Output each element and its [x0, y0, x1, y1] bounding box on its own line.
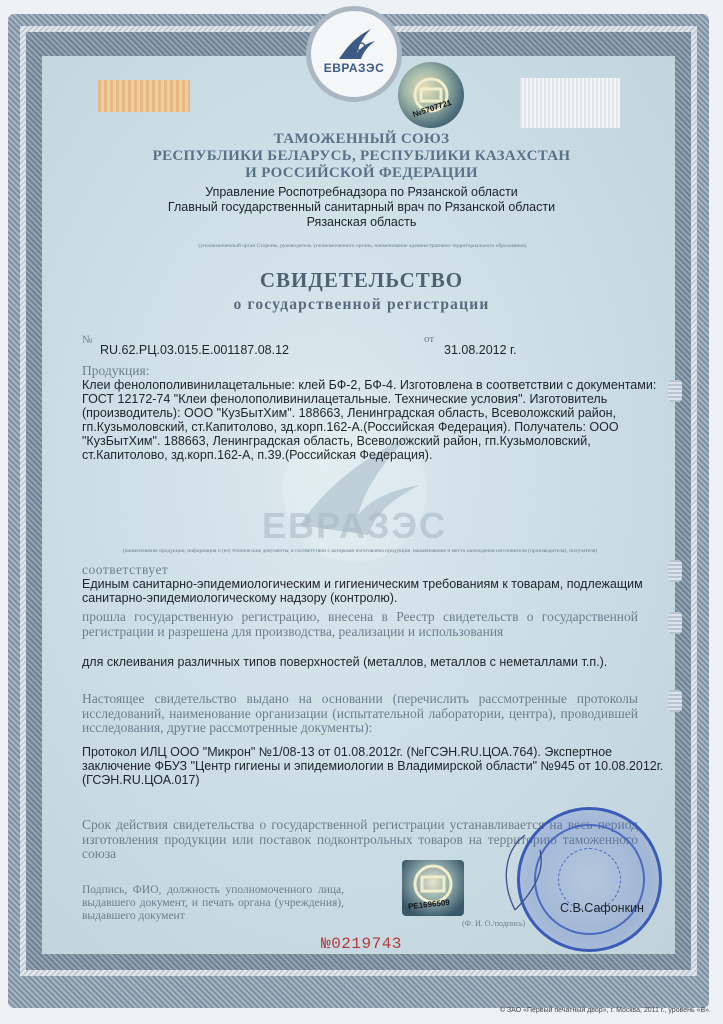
basis-line: (ГСЭН.RU.ЦОА.017) [82, 773, 200, 787]
union-heading-line: ТАМОЖЕННЫЙ СОЮЗ [0, 131, 723, 148]
product-caption: (наименование продукции, информация о (е… [75, 548, 645, 554]
security-patch-left [98, 80, 190, 112]
basis-line: заключение ФБУЗ "Центр гигиены и эпидеми… [82, 759, 663, 773]
union-heading-line: РЕСПУБЛИКИ БЕЛАРУСЬ, РЕСПУБЛИКИ КАЗАХСТА… [0, 148, 723, 165]
product-line: Клеи фенолополивинилацетальные: клей БФ-… [82, 378, 656, 392]
number-label: № [82, 334, 93, 346]
side-tab [668, 560, 682, 582]
product-line: ГОСТ 12172-74 "Клеи фенолополивинилацета… [82, 392, 607, 406]
product-line: (производитель): ООО "КузБытХим". 188663… [82, 406, 616, 420]
registration-number: RU.62.РЦ.03.015.Е.001187.08.12 [100, 343, 289, 357]
signatory-name: С.В.Сафонкин [560, 901, 644, 915]
registry-statement: прошла государственную регистрацию, внес… [82, 610, 638, 639]
product-line: ст.Капитолово, зд.корп.162-А, п.39.(Росс… [82, 448, 432, 462]
security-patch-right [520, 78, 620, 128]
watermark-label: ЕВРАЗЭС [262, 505, 447, 547]
signature-scribble-icon [495, 830, 555, 920]
hologram-top: №5707721 [398, 62, 464, 128]
conformity-line: санитарно-эпидемиологическому надзору (к… [82, 591, 397, 605]
emblem-label: ЕВРАЗЭС [324, 61, 385, 75]
side-tab [668, 380, 682, 402]
printer-imprint: © ЗАО «Первый печатный двор», г. Москва,… [500, 1007, 711, 1014]
registration-date: 31.08.2012 г. [444, 343, 517, 357]
side-tab [668, 612, 682, 634]
date-label: от [424, 333, 434, 345]
form-serial-number: №0219743 [0, 935, 723, 953]
product-label: Продукция: [82, 363, 149, 379]
product-line: гп.Кузьмоловский, ст.Капитолово, зд.корп… [82, 420, 619, 434]
authority-line: Рязанская область [0, 215, 723, 230]
basis-statement: Настоящее свидетельство выдано на основа… [82, 692, 638, 736]
signatory-caption: (Ф. И. О./подпись) [462, 919, 525, 928]
authority-caption: (уполномоченный орган Стороны, руководит… [115, 243, 610, 249]
eurasec-bird-icon [337, 27, 377, 61]
conformity-label: соответствует [82, 562, 168, 578]
document-title: СВИДЕТЕЛЬСТВО [0, 268, 723, 293]
side-tab [668, 690, 682, 712]
basis-line: Протокол ИЛЦ ООО "Микрон" №1/08-13 от 01… [82, 745, 612, 759]
product-line: "КузБытХим". 188663, Ленинградская облас… [82, 434, 591, 448]
signature-label: Подпись, ФИО, должность уполномоченного … [82, 884, 344, 923]
eurasec-emblem: ЕВРАЗЭС [306, 6, 402, 102]
authority-line: Главный государственный санитарный врач … [0, 200, 723, 215]
usage-scope: для склеивания различных типов поверхнос… [82, 655, 607, 669]
document-subtitle: о государственной регистрации [0, 296, 723, 314]
authority-line: Управление Роспотребнадзора по Рязанской… [0, 185, 723, 200]
conformity-line: Единым санитарно-эпидемиологическим и ги… [82, 577, 643, 591]
union-heading-line: И РОССИЙСКОЙ ФЕДЕРАЦИИ [0, 165, 723, 182]
hologram-bottom: РЕ1696509 [402, 860, 464, 916]
